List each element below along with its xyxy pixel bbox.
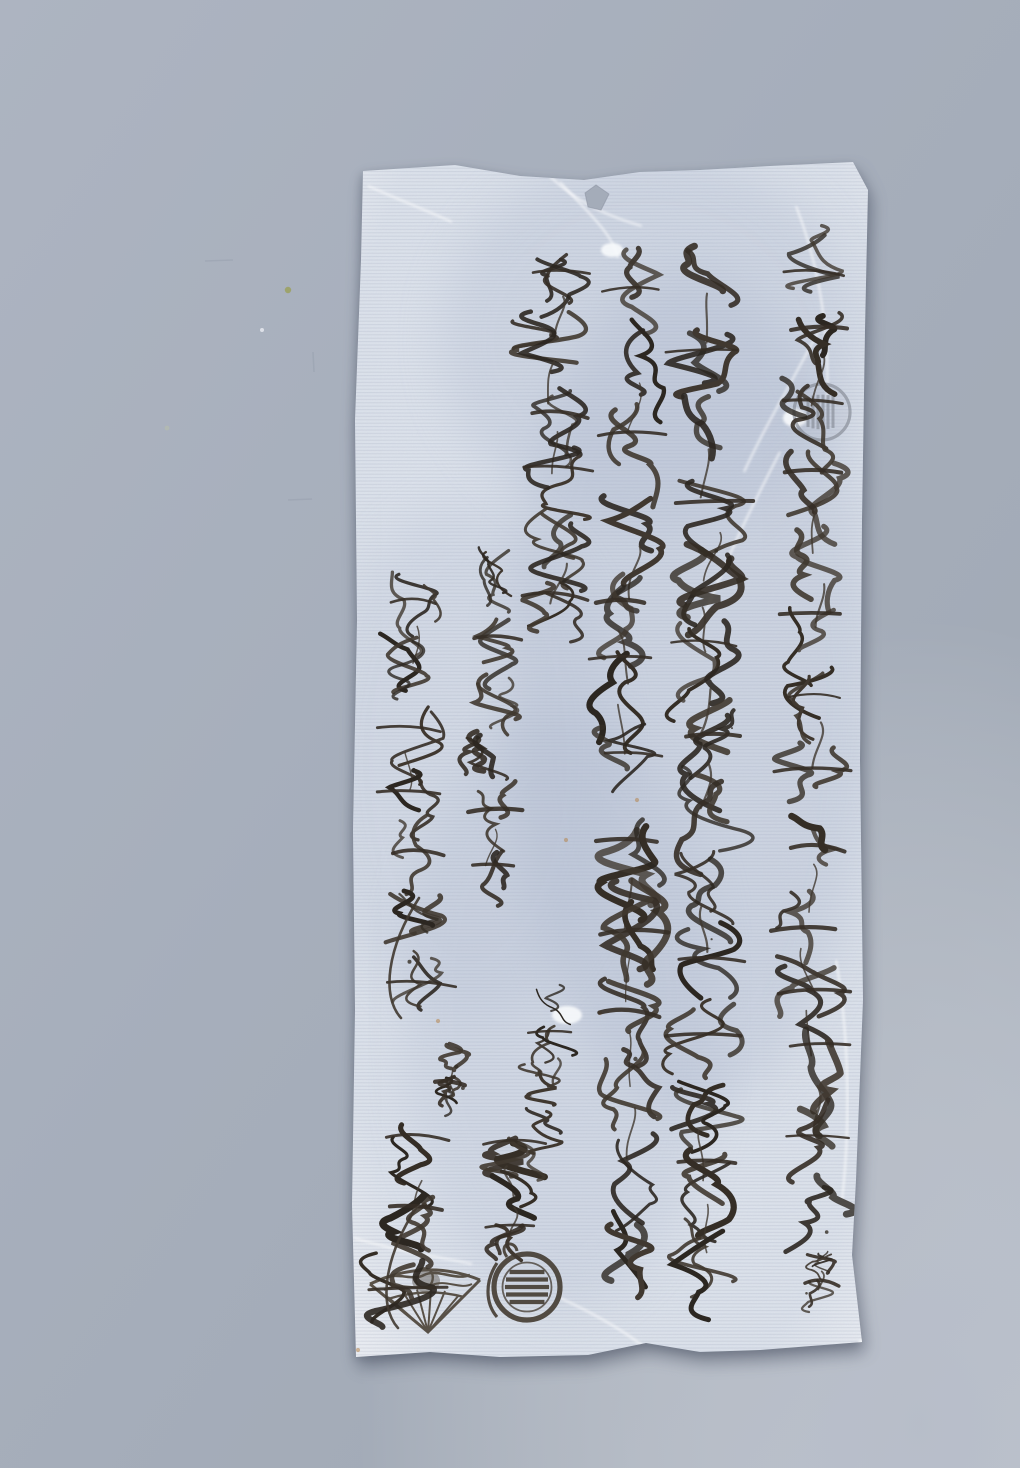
faint-registration-mark: [313, 352, 314, 372]
foxing-spot: [564, 838, 568, 842]
background-speck: [260, 328, 264, 332]
paper-document: [320, 150, 885, 1375]
photo-of-document: [0, 0, 1020, 1468]
background-speck: [165, 426, 170, 431]
faint-registration-mark: [205, 260, 233, 261]
foxing-spot: [635, 798, 639, 802]
foxing-spot: [436, 1019, 440, 1023]
photo-canvas: [0, 0, 1020, 1468]
paper-damage-patch: [601, 243, 623, 257]
faint-registration-mark: [288, 499, 312, 500]
foxing-spot: [356, 1348, 360, 1352]
background-speck: [285, 287, 291, 293]
